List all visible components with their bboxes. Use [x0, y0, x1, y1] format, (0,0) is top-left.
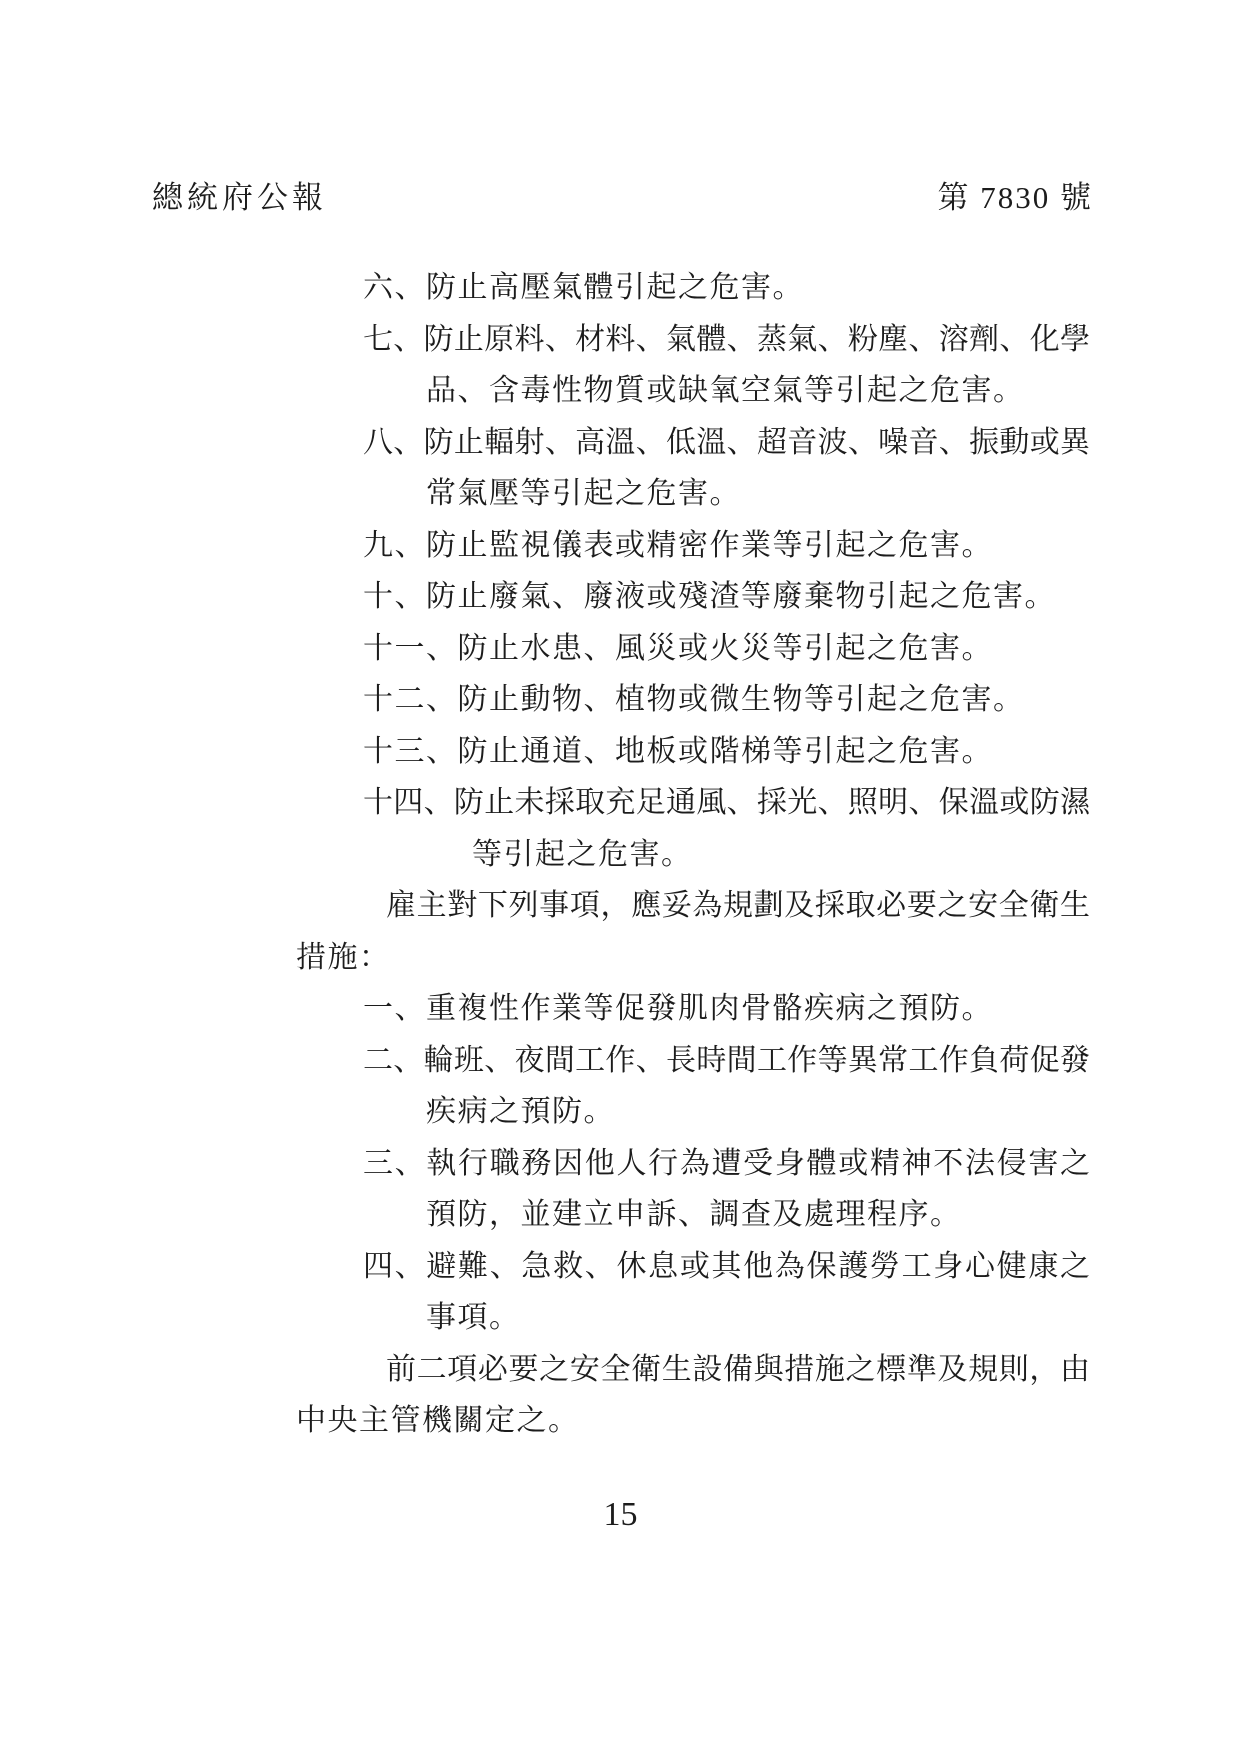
text-line: 十二、防止動物、植物或微生物等引起之危害。: [296, 674, 1090, 726]
text-line: 十一、防止水患、風災或火災等引起之危害。: [296, 623, 1090, 675]
page-number: 15: [604, 1496, 638, 1533]
publication-title: 總統府公報: [152, 172, 327, 217]
text-line: 中央主管機關定之。: [296, 1395, 1090, 1447]
text-line: 前二項必要之安全衛生設備與措施之標準及規則，由: [296, 1344, 1090, 1396]
text-line: 等引起之危害。: [296, 829, 1090, 881]
text-line: 十三、防止通道、地板或階梯等引起之危害。: [296, 726, 1090, 778]
text-line: 六、防止高壓氣體引起之危害。: [296, 262, 1090, 314]
text-line: 七、防止原料、材料、氣體、蒸氣、粉塵、溶劑、化學: [296, 314, 1090, 366]
body-text-block: 六、防止高壓氣體引起之危害。七、防止原料、材料、氣體、蒸氣、粉塵、溶劑、化學品、…: [296, 262, 1090, 1447]
text-line: 疾病之預防。: [296, 1086, 1090, 1138]
text-line: 雇主對下列事項，應妥為規劃及採取必要之安全衛生: [296, 880, 1090, 932]
text-line: 三、執行職務因他人行為遭受身體或精神不法侵害之: [296, 1138, 1090, 1190]
running-header: 總統府公報 第 7830 號: [152, 172, 1093, 212]
text-line: 十、防止廢氣、廢液或殘渣等廢棄物引起之危害。: [296, 571, 1090, 623]
text-line: 四、避難、急救、休息或其他為保護勞工身心健康之: [296, 1241, 1090, 1293]
text-line: 二、輪班、夜間工作、長時間工作等異常工作負荷促發: [296, 1035, 1090, 1087]
text-line: 措施：: [296, 932, 1090, 984]
text-line: 常氣壓等引起之危害。: [296, 468, 1090, 520]
text-line: 事項。: [296, 1292, 1090, 1344]
text-line: 十四、防止未採取充足通風、採光、照明、保溫或防濕: [296, 777, 1090, 829]
text-line: 一、重複性作業等促發肌肉骨骼疾病之預防。: [296, 983, 1090, 1035]
page-footer: 15: [0, 1496, 1241, 1534]
issue-number: 第 7830 號: [938, 172, 1094, 217]
text-line: 九、防止監視儀表或精密作業等引起之危害。: [296, 520, 1090, 572]
text-line: 預防，並建立申訴、調查及處理程序。: [296, 1189, 1090, 1241]
text-line: 品、含毒性物質或缺氧空氣等引起之危害。: [296, 365, 1090, 417]
text-line: 八、防止輻射、高溫、低溫、超音波、噪音、振動或異: [296, 417, 1090, 469]
gazette-page: 總統府公報 第 7830 號 六、防止高壓氣體引起之危害。七、防止原料、材料、氣…: [0, 0, 1241, 1754]
